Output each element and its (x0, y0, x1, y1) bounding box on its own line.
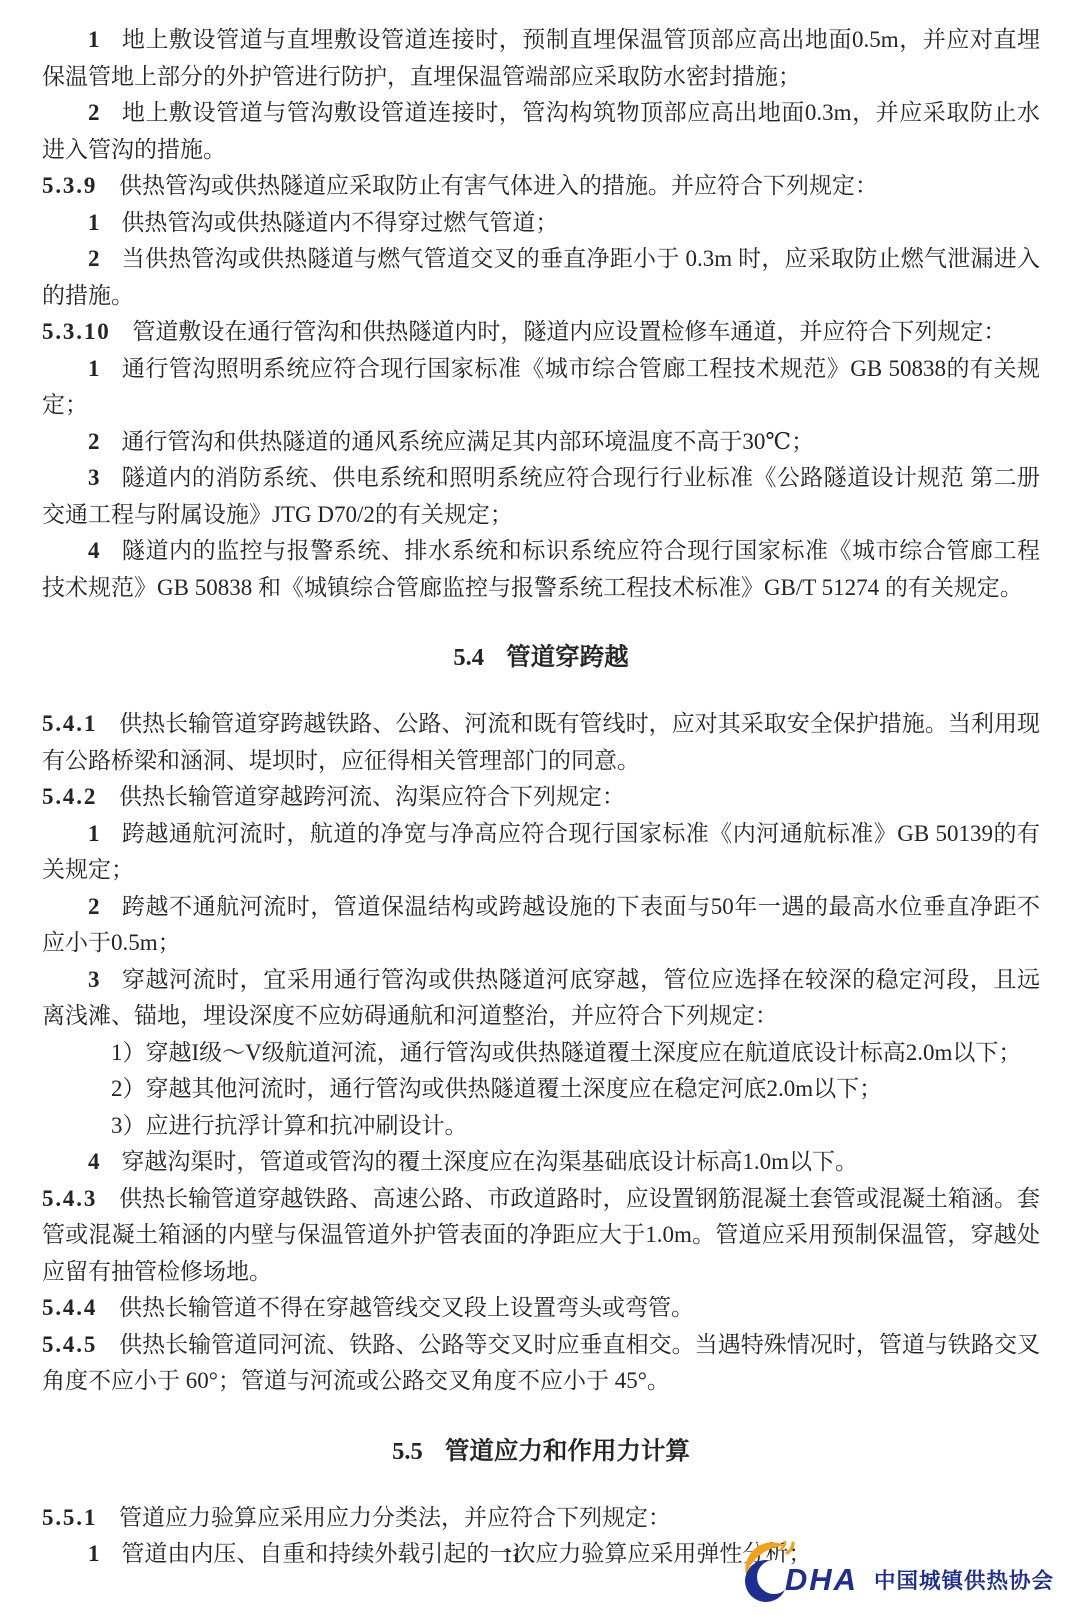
item-number: 2 (88, 894, 100, 919)
subitem-number: 1） (111, 1040, 146, 1065)
section-title: 管道应力和作用力计算 (445, 1438, 690, 1465)
list-item: 1地上敷设管道与直埋敷设管道连接时，预制直埋保温管顶部应高出地面0.5m，并应对… (42, 22, 1040, 95)
clause-text: 供热长输管道同河流、铁路、公路等交叉时应垂直相交。当遇特殊情况时，管道与铁路交叉… (42, 1332, 1040, 1394)
list-item: 4隧道内的监控与报警系统、排水系统和标识系统应符合现行国家标准《城市综合管廊工程… (42, 533, 1040, 606)
list-item: 3隧道内的消防系统、供电系统和照明系统应符合现行行业标准《公路隧道设计规范 第二… (42, 460, 1040, 533)
section-number: 5.5 (392, 1438, 423, 1465)
item-number: 2 (88, 100, 100, 125)
association-logo: DHA 中国城镇供热协会 (743, 1537, 1054, 1603)
item-number: 3 (88, 967, 100, 992)
clause-paragraph: 5.4.3供热长输管道穿越铁路、高速公路、市政道路时，应设置钢筋混凝土套管或混凝… (42, 1181, 1040, 1291)
clause-text: 供热长输管道不得在穿越管线交叉段上设置弯头或弯管。 (119, 1295, 694, 1320)
item-number: 1 (88, 821, 100, 846)
clause-paragraph: 5.4.2供热长输管道穿越跨河流、沟渠应符合下列规定： (42, 779, 1040, 816)
item-text: 当供热管沟或供热隧道与燃气管道交叉的垂直净距小于 0.3m 时，应采取防止燃气泄… (42, 246, 1040, 308)
clause-paragraph: 5.3.9供热管沟或供热隧道应采取防止有害气体进入的措施。并应符合下列规定： (42, 168, 1040, 205)
section-heading-5-4: 5.4管道穿跨越 (42, 639, 1040, 676)
clause-number: 5.4.1 (42, 711, 97, 736)
logo-text-name: 中国城镇供热协会 (874, 1571, 1054, 1604)
item-text: 隧道内的消防系统、供电系统和照明系统应符合现行行业标准《公路隧道设计规范 第二册… (42, 465, 1040, 527)
item-text: 通行管沟和供热隧道的通风系统应满足其内部环境温度不高于30℃； (121, 429, 814, 454)
section-heading-5-5: 5.5管道应力和作用力计算 (42, 1433, 1040, 1470)
clause-paragraph: 5.4.1供热长输管道穿跨越铁路、公路、河流和既有管线时，应对其采取安全保护措施… (42, 706, 1040, 779)
document-page: 1地上敷设管道与直埋敷设管道连接时，预制直埋保温管顶部应高出地面0.5m，并应对… (0, 0, 1080, 1615)
item-number: 1 (88, 27, 100, 52)
item-number: 2 (88, 246, 100, 271)
clause-text: 管道敷设在通行管沟和供热隧道内时，隧道内应设置检修车通道，并应符合下列规定： (132, 319, 1006, 344)
item-text: 地上敷设管道与管沟敷设管道连接时，管沟构筑物顶部应高出地面0.3m，并应采取防止… (42, 100, 1040, 162)
clause-text: 供热长输管道穿越铁路、高速公路、市政道路时，应设置钢筋混凝土套管或混凝土箱涵。套… (42, 1186, 1040, 1284)
clause-paragraph: 5.3.10管道敷设在通行管沟和供热隧道内时，隧道内应设置检修车通道，并应符合下… (42, 314, 1040, 351)
item-number: 1 (88, 356, 100, 381)
section-number: 5.4 (453, 644, 484, 671)
list-item: 2跨越不通航河流时，管道保温结构或跨越设施的下表面与50年一遇的最高水位垂直净距… (42, 889, 1040, 962)
item-number: 2 (88, 429, 100, 454)
item-text: 通行管沟照明系统应符合现行国家标准《城市综合管廊工程技术规范》GB 50838的… (42, 356, 1040, 418)
sub-list-item: 1）穿越I级～V级航道河流，通行管沟或供热隧道覆土深度应在航道底设计标高2.0m… (42, 1035, 1040, 1072)
clause-paragraph: 5.5.1管道应力验算应采用应力分类法，并应符合下列规定： (42, 1500, 1040, 1537)
list-item: 2地上敷设管道与管沟敷设管道连接时，管沟构筑物顶部应高出地面0.3m，并应采取防… (42, 95, 1040, 168)
clause-text: 管道应力验算应采用应力分类法，并应符合下列规定： (119, 1505, 671, 1530)
clause-number: 5.5.1 (42, 1505, 97, 1530)
item-text: 隧道内的监控与报警系统、排水系统和标识系统应符合现行国家标准《城市综合管廊工程技… (42, 538, 1040, 600)
clause-text: 供热管沟或供热隧道应采取防止有害气体进入的措施。并应符合下列规定： (119, 173, 878, 198)
list-item: 1通行管沟照明系统应符合现行国家标准《城市综合管廊工程技术规范》GB 50838… (42, 351, 1040, 424)
clause-text: 供热长输管道穿越跨河流、沟渠应符合下列规定： (119, 784, 625, 809)
logo-text-dha: DHA (785, 1564, 858, 1603)
item-text: 穿越沟渠时，管道或管沟的覆土深度应在沟渠基础底设计标高1.0m以下。 (121, 1149, 858, 1174)
list-item: 3穿越河流时，宜采用通行管沟或供热隧道河底穿越，管位应选择在较深的稳定河段，且远… (42, 962, 1040, 1035)
list-item: 1供热管沟或供热隧道内不得穿过燃气管道； (42, 205, 1040, 242)
item-number: 4 (88, 1149, 100, 1174)
subitem-number: 3） (111, 1113, 146, 1138)
clause-number: 5.4.4 (42, 1295, 97, 1320)
sub-list-item: 2）穿越其他河流时，通行管沟或供热隧道覆土深度应在稳定河底2.0m以下； (42, 1071, 1040, 1108)
item-text: 地上敷设管道与直埋敷设管道连接时，预制直埋保温管顶部应高出地面0.5m，并应对直… (42, 27, 1040, 89)
clause-number: 5.4.2 (42, 784, 97, 809)
document-body: 1地上敷设管道与直埋敷设管道连接时，预制直埋保温管顶部应高出地面0.5m，并应对… (42, 22, 1040, 1573)
item-text: 跨越通航河流时，航道的净宽与净高应符合现行国家标准《内河通航标准》GB 5013… (42, 821, 1040, 883)
clause-number: 5.3.10 (42, 319, 111, 344)
item-number: 4 (88, 538, 100, 563)
clause-number: 5.3.9 (42, 173, 97, 198)
list-item: 2通行管沟和供热隧道的通风系统应满足其内部环境温度不高于30℃； (42, 424, 1040, 461)
subitem-text: 应进行抗浮计算和抗冲刷设计。 (146, 1113, 468, 1138)
section-title: 管道穿跨越 (506, 644, 629, 671)
item-number: 3 (88, 465, 100, 490)
item-text: 供热管沟或供热隧道内不得穿过燃气管道； (121, 210, 558, 235)
subitem-text: 穿越I级～V级航道河流，通行管沟或供热隧道覆土深度应在航道底设计标高2.0m以下… (146, 1040, 1022, 1065)
clause-paragraph: 5.4.4供热长输管道不得在穿越管线交叉段上设置弯头或弯管。 (42, 1290, 1040, 1327)
clause-number: 5.4.3 (42, 1186, 97, 1211)
list-item: 2当供热管沟或供热隧道与燃气管道交叉的垂直净距小于 0.3m 时，应采取防止燃气… (42, 241, 1040, 314)
list-item: 4穿越沟渠时，管道或管沟的覆土深度应在沟渠基础底设计标高1.0m以下。 (42, 1144, 1040, 1181)
subitem-number: 2） (111, 1076, 146, 1101)
clause-paragraph: 5.4.5供热长输管道同河流、铁路、公路等交叉时应垂直相交。当遇特殊情况时，管道… (42, 1327, 1040, 1400)
item-text: 跨越不通航河流时，管道保温结构或跨越设施的下表面与50年一遇的最高水位垂直净距不… (42, 894, 1040, 956)
item-number: 1 (88, 210, 100, 235)
list-item: 1跨越通航河流时，航道的净宽与净高应符合现行国家标准《内河通航标准》GB 501… (42, 816, 1040, 889)
sub-list-item: 3）应进行抗浮计算和抗冲刷设计。 (42, 1108, 1040, 1145)
item-text: 穿越河流时，宜采用通行管沟或供热隧道河底穿越，管位应选择在较深的稳定河段，且远离… (42, 967, 1040, 1029)
clause-text: 供热长输管道穿跨越铁路、公路、河流和既有管线时，应对其采取安全保护措施。当利用现… (42, 711, 1040, 773)
subitem-text: 穿越其他河流时，通行管沟或供热隧道覆土深度应在稳定河底2.0m以下； (146, 1076, 883, 1101)
clause-number: 5.4.5 (42, 1332, 97, 1357)
